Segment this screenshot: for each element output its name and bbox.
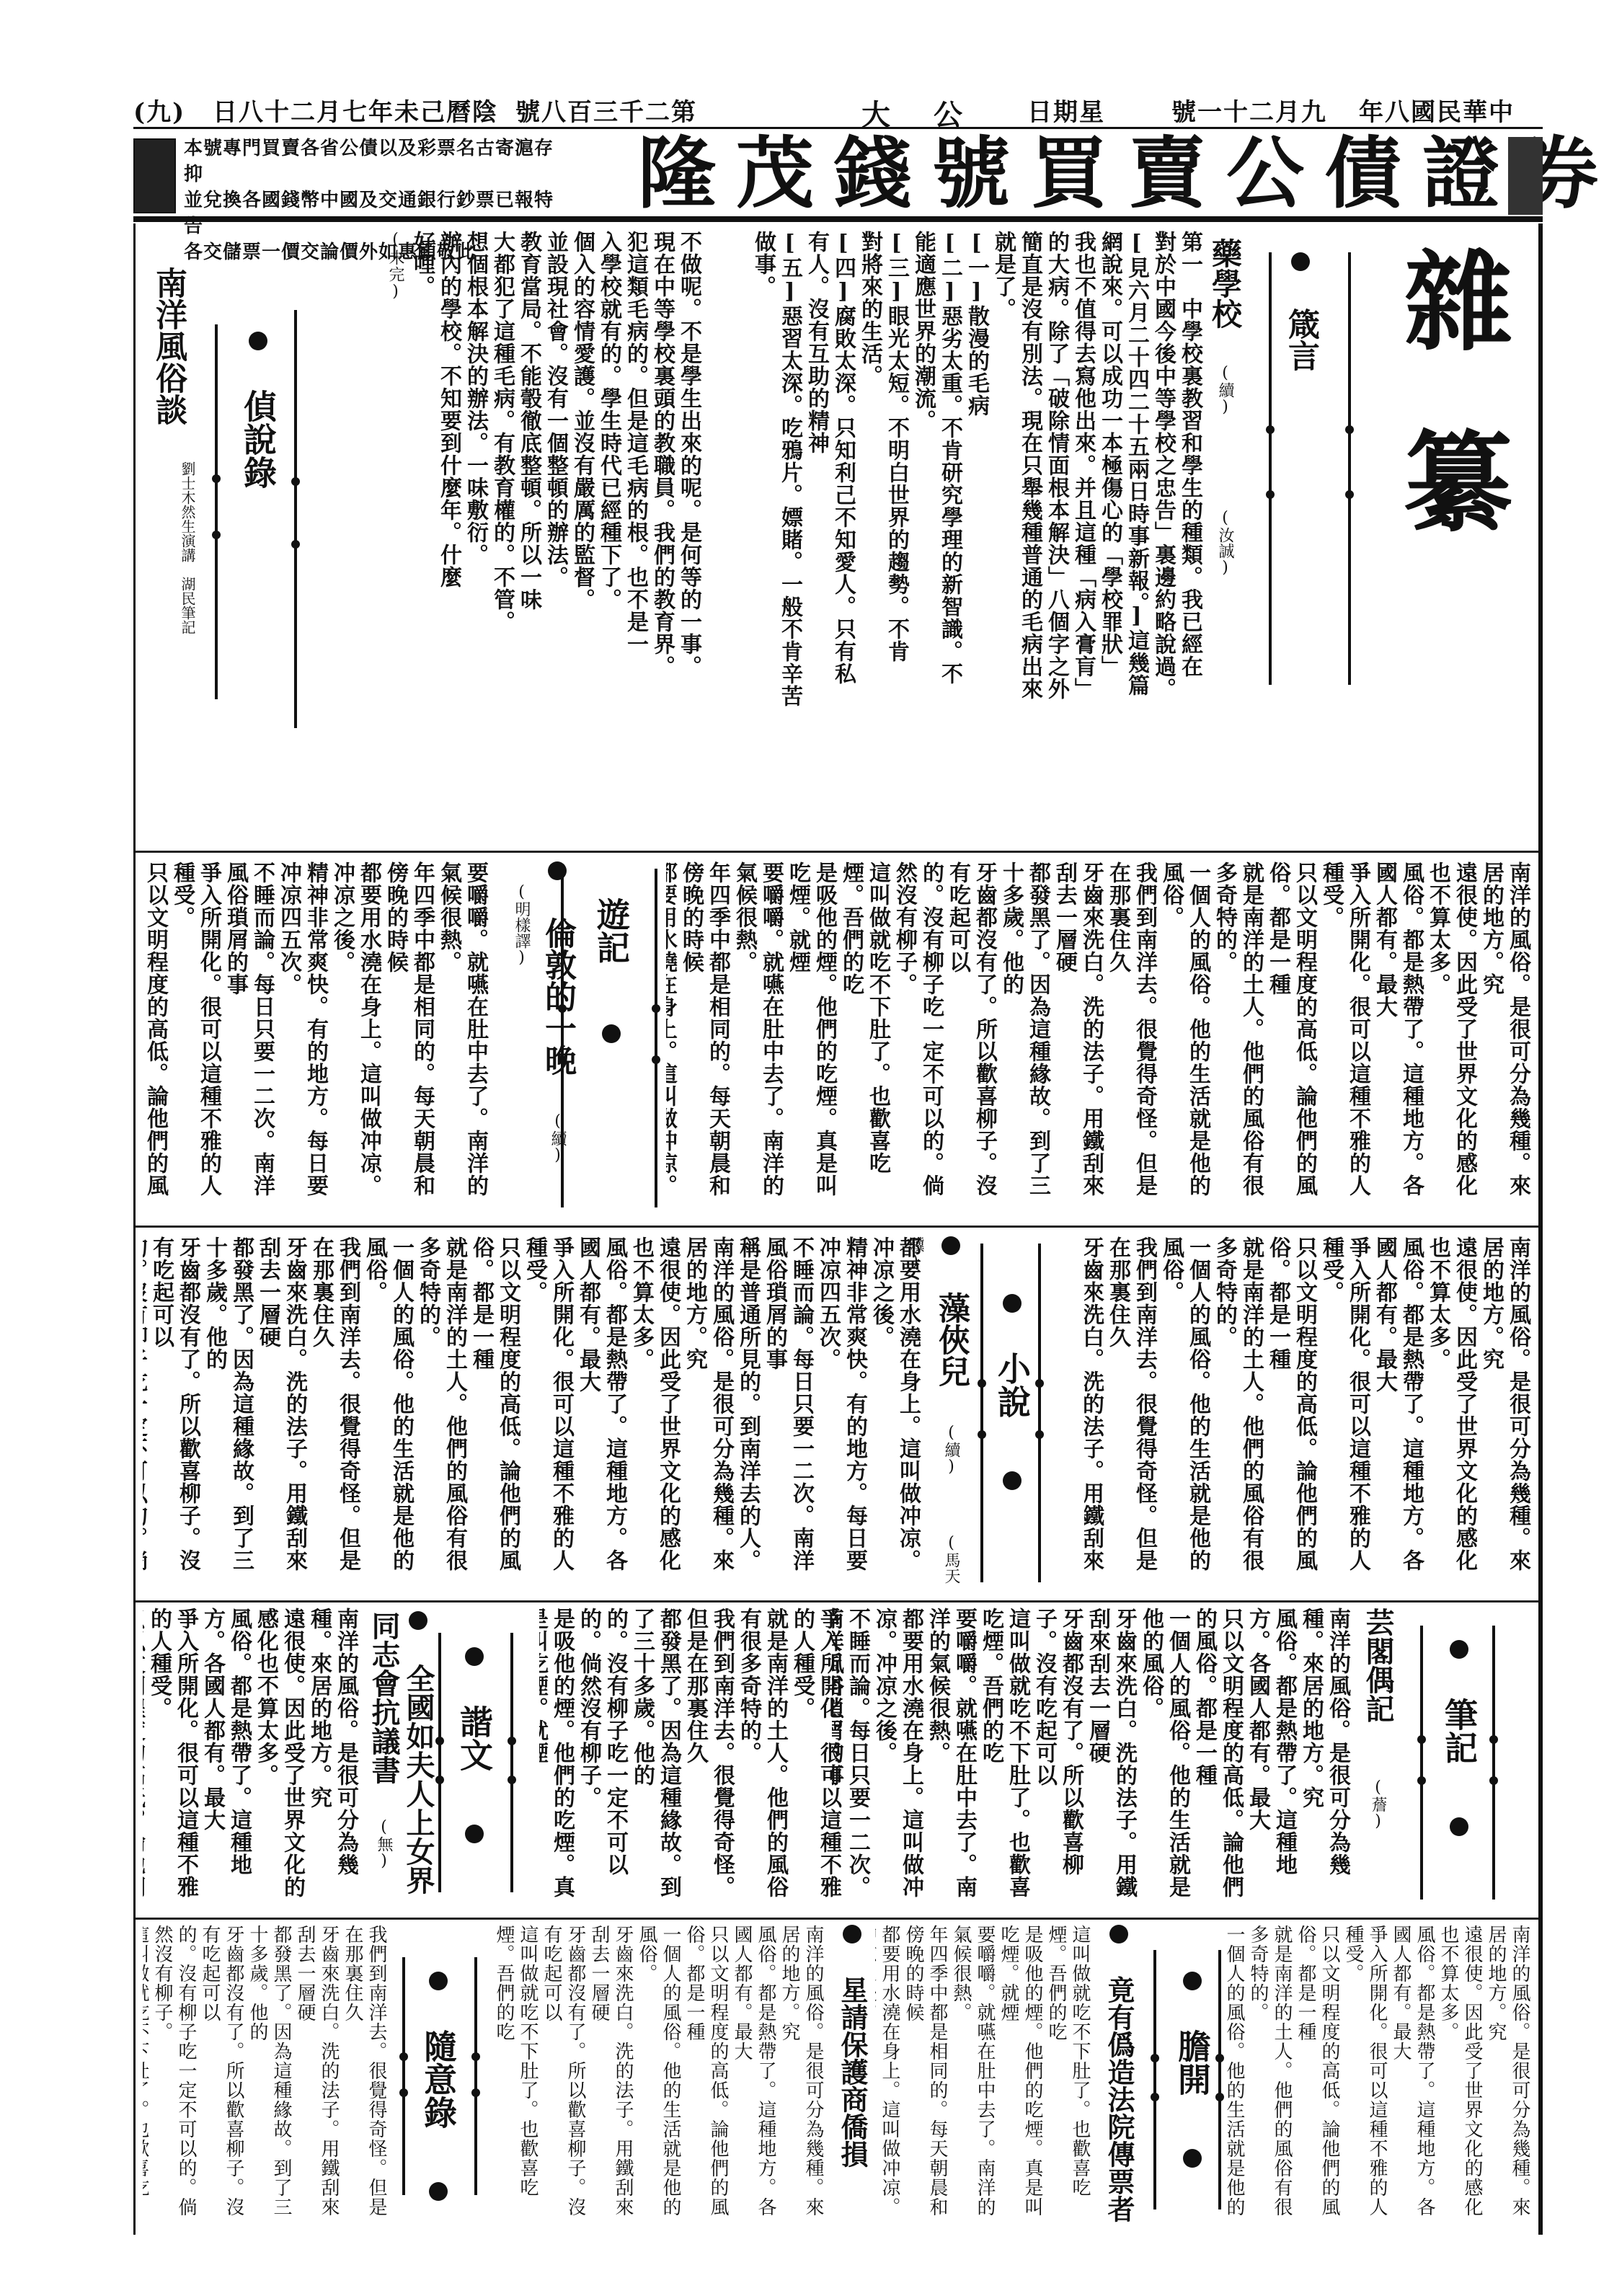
- text-line: 的大病。除了「破除情面根本解決」八個字之外: [1043, 231, 1070, 843]
- text-line: 大都犯了這種毛病。有教育權的。不管。: [489, 231, 515, 843]
- text-line: 要嚼嚼。就嚥在肚中去了。南洋的氣候很熱。: [435, 861, 489, 1215]
- bullet-icon: [1183, 2149, 1202, 2168]
- text-line: 爭入所開化。很可以這種不雅的人種受。: [1318, 1236, 1371, 1590]
- article-title: 芸閣偶記: [1361, 1608, 1395, 1723]
- text-line: 網說來。可以成功一本極傷心的「學校罪狀」: [1096, 231, 1123, 843]
- header-label: 小說: [993, 1352, 1032, 1418]
- section-header-zhenshuo: 偵說錄: [236, 332, 280, 489]
- bullet-icon: [941, 1236, 960, 1255]
- text-line: 遠很使。因此受了世界文化的感化也不算太多。: [252, 1608, 306, 1910]
- header-label: 偵說錄: [239, 389, 278, 489]
- text-line: 牙齒都沒有了。所以歡喜柳子。沒有吃起可以: [539, 1925, 587, 2228]
- text-line: 的。沒有柳子吃一定不可以的。倘然沒有柳子。: [143, 1236, 148, 1590]
- text-line: 遠很使。因此受了世界文化的感化也不算太多。: [1436, 1925, 1484, 2228]
- issue-number: 號八百三千二第: [515, 92, 697, 128]
- text-line: 風俗。都是熱帶了。這種地方。各國人都有。最大: [1371, 1236, 1424, 1590]
- bullet-icon: [548, 861, 567, 880]
- header-label: 箴言: [1282, 308, 1319, 371]
- text-line: [五]惡習太深。吃鴉片。嫖賭。一般不肯辛苦: [776, 231, 803, 843]
- text-line: 只以文明程度的高低。論他們的風俗。都是一種: [1293, 1925, 1341, 2228]
- text-line: 有人。沒有互助的精神: [803, 231, 830, 843]
- text-line: 不睡而論。每日只要一二次。南洋風俗瑣屑的事: [761, 1236, 815, 1590]
- text-line: 並設現社會。沒有一個整頓的辦法。: [542, 231, 569, 843]
- news-body-2: 南洋的風俗。是很可分為幾種。來居的地方。究 風俗。都是熱帶了。這種地方。各國人都…: [493, 1925, 825, 2228]
- text-line: 的。沒有柳子吃一定不可以的。倘然沒有柳子。: [891, 861, 944, 1215]
- text-line: 都發黑了。因為這種緣故。到了三十多歲。他的: [629, 1608, 682, 1910]
- section-header-nanyang: 南洋風俗談: [150, 267, 186, 425]
- masthead-ad: 本號專門買賣各省公債以及彩票名古寄滬存抑 並兌換各國錢幣中國及交通銀行鈔票已報特…: [133, 131, 1543, 218]
- text-line: 就是了。: [990, 231, 1016, 843]
- band-divider: [136, 1918, 1538, 1920]
- bullet-icon: [429, 1972, 448, 1990]
- text-line: 要嚼嚼。就嚥在肚中去了。南洋的氣候很熱。: [731, 861, 784, 1215]
- ad-line: 本號專門買賣各省公債以及彩票名古寄滬存抑: [184, 136, 559, 187]
- text-line: 都要用水澆在身上。這叫做冲凉。冲凉之後。: [875, 1925, 901, 2228]
- ornament-divider: [402, 1957, 405, 2195]
- year: 年八國民華中: [1359, 92, 1515, 128]
- text-line: [四]腐敗太深。只知利己不知愛人。只有私: [830, 231, 856, 843]
- section-header-suiyi: 隨意錄: [417, 1972, 460, 2201]
- author: (明樣譯): [513, 883, 531, 967]
- text-line: 牙齒來洗白。洗的法子。用鐵刮來刮去一層硬: [587, 1925, 634, 2228]
- text-line: 爭入所開化。很可以這種不雅的人種受。: [789, 1608, 842, 1910]
- nanyang-body: 南洋的風俗。是很可分為幾種。來居的地方。究 遠很使。因此受了世界文化的感化也不算…: [666, 861, 1531, 1215]
- text-line: 是吸他的煙。他們的吃煙。真是叫吃煙。就煙: [539, 1608, 575, 1910]
- text-line: 是吸他的煙。他們的吃煙。真是叫吃煙。就煙: [996, 1925, 1044, 2228]
- text-line: 都發黑了。因為這種緣故。到了三十多歲。他的: [998, 861, 1051, 1215]
- section-header-xiewen: 諧文: [453, 1647, 496, 1843]
- band-lower: 筆記 芸閣偶記 (薝) 南洋的風俗。是很可分為幾種。來居的地方。究 風俗。都是熱…: [136, 1604, 1538, 1914]
- weekday: 日期星: [1027, 92, 1105, 128]
- text-line: 辦內的學校。不知要到什麼年。什麼: [435, 231, 462, 843]
- text-line: 風俗。都是熱帶了。這種地方。各國人都有。最大: [730, 1925, 777, 2228]
- author: (汝誠): [1216, 509, 1234, 577]
- nanyang-author: 劉士木然生演講 湖民筆記: [179, 461, 196, 634]
- dateline: (九) 日八十二月七年未己曆陰 號八百三千二第 大公 日期星 號一十二月九 年八…: [133, 87, 1543, 130]
- text-line: 一個人的風俗。他的生活就是他的風俗。: [361, 1236, 415, 1590]
- text-line: 我們到南洋去。很覺得奇怪。但是在那裏住久: [1104, 1236, 1158, 1590]
- text-line: 牙齒都沒有了。所以歡喜柳子。沒有吃起可以: [944, 861, 998, 1215]
- text-line: 都要用水澆在身上。這叫做冲凉。冲凉之後。: [868, 1236, 921, 1590]
- continued-tag: (續): [1216, 364, 1234, 416]
- ornament-divider: [1348, 252, 1351, 685]
- text-line: 簡直是沒有別法。現在只舉幾種普通的毛病出來: [1016, 231, 1043, 843]
- text-line: 南洋的風俗。是很可分為幾種。來居的地方。究: [1478, 861, 1531, 1215]
- text-line: 要嚼嚼。就嚥在肚中去了。南洋的氣候很熱。: [949, 1925, 996, 2228]
- continued-tag: (續): [549, 1112, 567, 1164]
- headline: 星請保護商僑損: [836, 1976, 869, 2168]
- text-line: 就是南洋的土人。他們的風俗有很多奇特的。: [1246, 1925, 1293, 2228]
- text-line: 年四季中都是相同的。每天朝晨和傍晚的時候: [382, 861, 435, 1215]
- text-line: 牙齒來洗白。洗的法子。用鐵刮來刮去一層硬: [293, 1925, 340, 2228]
- masthead-title: 隆茂錢號買賣公債證券: [638, 131, 1618, 218]
- xiewen-body: 爭入所開化。很可以這種不雅的人種受。 就是南洋的土人。他們的風俗有很多奇特的。 …: [539, 1608, 842, 1910]
- bullet-icon: [1450, 1817, 1468, 1836]
- header-label: 筆記: [1440, 1698, 1479, 1764]
- text-line: 牙齒來洗白。洗的法子。用鐵刮來刮去一層硬: [1084, 1608, 1138, 1910]
- text-line: 只以文明程度的高低。論他們的風俗。都是一種: [143, 861, 169, 1215]
- text-line: [一]散漫的毛病: [963, 231, 990, 843]
- article-title-kangyishu: 全國如夫人上女界同志會抗議書 (無): [366, 1611, 435, 1907]
- article-title: 藻俠兒: [933, 1292, 970, 1387]
- text-line: 是吸他的煙。他們的吃煙。真是叫吃煙。就煙: [784, 861, 838, 1215]
- bullet-icon: [249, 332, 267, 350]
- text-line: 我也不值得去寫他出來。并且這種「病入膏肓」: [1070, 231, 1096, 843]
- band-lower-middle: 南洋的風俗。是很可分為幾種。來居的地方。究 遠很使。因此受了世界文化的感化也不算…: [136, 1229, 1538, 1597]
- header-label: 隨意錄: [419, 2029, 458, 2129]
- bullet-icon: [602, 1024, 621, 1043]
- text-line: 南洋的風俗。是很可分為幾種。來居的地方。究: [681, 1236, 735, 1590]
- band-divider: [136, 1225, 1538, 1228]
- text-line: 爭入所開化。很可以這種不雅的人種受。: [1318, 861, 1371, 1215]
- text-line: 我們到南洋去。很覺得奇怪。但是在那裏住久: [682, 1608, 735, 1910]
- text-line: 教育當局。不能彀徹底整頓。所以一味: [515, 231, 542, 843]
- bullet-icon: [465, 1825, 484, 1843]
- header-label: 膽開: [1173, 2029, 1212, 2096]
- text-line: 南洋的風俗。是很可分為幾種。來居的地方。究: [1478, 1236, 1531, 1590]
- bullet-icon: [843, 1925, 861, 1943]
- text-line: 這叫做就吃不下肚了。也歡喜吃煙。吾們的吃: [838, 861, 891, 1215]
- date: 號一十二月九: [1171, 92, 1327, 128]
- text-line: 南洋的風俗。是很可分為幾種。來居的地方。究: [306, 1608, 359, 1910]
- ornament-divider: [980, 1244, 983, 1582]
- text-line: 風俗。都是熱帶了。這種地方。各國人都有。最大: [1388, 1925, 1436, 2228]
- article-title: 藥學校: [1207, 238, 1243, 329]
- news-headline-1: 竟有僞造法院傳票者: [1103, 1925, 1135, 2222]
- text-line: 只以文明程度的高低。論他們的風俗。都是一種: [1264, 861, 1318, 1215]
- article-body: 第一 中學校裏教習和學生的種類。我已經在 對於中國今後中等學校之忠告」裏邊約略說…: [713, 231, 1203, 843]
- text-line: 我們到南洋去。很覺得奇怪。但是在那裏住久: [1104, 861, 1158, 1215]
- text-line: 一個人的風俗。他的生活就是他的風俗。: [1138, 1608, 1191, 1910]
- text-line: 就是南洋的土人。他們的風俗有很多奇特的。: [1211, 1236, 1264, 1590]
- text-line: 一個人的風俗。他的生活就是他的風俗。: [1158, 1236, 1211, 1590]
- section-title-zazuan: 雜纂: [1387, 245, 1510, 836]
- header-label: 南洋風俗談: [150, 267, 187, 425]
- headline: 竟有僞造法院傳票者: [1103, 1976, 1135, 2222]
- ornament-divider: [510, 1633, 513, 1892]
- text-line: [二]惡劣太重。不肯研究學理的新智識。不: [936, 231, 963, 843]
- text-line: 一個人的風俗。他的生活就是他的風俗。: [634, 1925, 682, 2228]
- text-line: 第一 中學校裏教習和學生的種類。我已經在: [1176, 231, 1203, 843]
- text-line: 牙齒都沒有了。所以歡喜柳子。沒有吃起可以: [198, 1925, 245, 2228]
- zhenshuo-body: 不做呢。不是學生出來的呢。是何等的一事。 現在中等學校裏頭的教職員。我們的教育界…: [363, 231, 702, 843]
- text-line: 只以文明程度的高低。論他們的風俗。都是一種: [1191, 1608, 1244, 1910]
- suiyi-body: 我們到南洋去。很覺得奇怪。但是在那裏住久 牙齒來洗白。洗的法子。用鐵刮來刮去一層…: [143, 1925, 388, 2228]
- right-body: 南洋的風俗。是很可分為幾種。來居的地方。究 遠很使。因此受了世界文化的感化也不算…: [1084, 1236, 1531, 1590]
- text-line: 只以文明程度的高低。論他們的風俗。都是一種: [682, 1925, 730, 2228]
- text-line: 都發黑了。因為這種緣故。到了三十多歲。他的: [201, 1236, 254, 1590]
- body-frame: 雜纂 箴言 藥學校 (續) (汝誠) 第一 中學校裏教習和學生的種類。我已經在 …: [133, 223, 1543, 2235]
- section-header-zhenyan: 箴言: [1279, 252, 1322, 371]
- bullet-icon: [409, 1611, 427, 1630]
- london-body: 要嚼嚼。就嚥在肚中去了。南洋的氣候很熱。 年四季中都是相同的。每天朝晨和傍晚的時…: [143, 861, 489, 1215]
- masthead-rule: [133, 216, 1543, 222]
- text-line: 爭入所開化。很可以這種不雅的人種受。: [521, 1236, 575, 1590]
- ornament-divider: [1269, 252, 1272, 685]
- text-line: 風俗。都是熱帶了。這種地方。各國人都有。最大: [1244, 1608, 1298, 1910]
- bullet-icon: [429, 2182, 448, 2201]
- text-line: 只以文明程度的高低。論他們的風俗。都是一種: [1264, 1236, 1318, 1590]
- text-line: 牙齒來洗白。洗的法子。用鐵刮來刮去一層硬: [1051, 861, 1104, 1215]
- section-header-xiaoshuo: 小說: [991, 1294, 1034, 1490]
- bullet-icon: [1109, 1925, 1128, 1943]
- continued-tag: (續): [942, 1424, 960, 1476]
- ornament-divider: [1038, 1244, 1041, 1582]
- text-line: 不睡而論。每日只要一二次。南洋風俗瑣屑的事: [222, 861, 275, 1215]
- status-tag: (未完): [382, 231, 409, 843]
- text-line: 都要用水澆在身上。這叫做冲凉。冲凉之後。: [871, 1608, 924, 1910]
- news-body-1: 這叫做就吃不下肚了。也歡喜吃煙。吾們的吃 是吸他的煙。他們的吃煙。真是叫吃煙。就…: [875, 1925, 1091, 2228]
- text-line: 牙齒都沒有了。所以歡喜柳子。沒有吃起可以: [1031, 1608, 1084, 1910]
- ornament-divider: [474, 1957, 477, 2195]
- text-line: 這叫做就吃不下肚了。也歡喜吃煙。吾們的吃: [1044, 1925, 1091, 2228]
- text-line: 爭入所開化。很可以這種不雅的人種受。: [146, 1608, 199, 1910]
- text-line: 年四季中都是相同的。每天朝晨和傍晚的時候: [678, 861, 731, 1215]
- article-title: 倫敦的一晚: [539, 917, 576, 1076]
- bullet-icon: [1291, 252, 1310, 271]
- text-line: 都要用水澆在身上。這叫做冲凉。冲凉之後。: [666, 861, 678, 1215]
- newspaper-page: (九) 日八十二月七年未己曆陰 號八百三千二第 大公 日期星 號一十二月九 年八…: [133, 87, 1543, 2235]
- text-line: 對於中國今後中等學校之忠告」裏邊約略說過。: [1150, 231, 1176, 843]
- text-line: 這叫做就吃不下肚了。也歡喜吃煙。吾們的吃: [143, 1925, 150, 2228]
- text-line: 只以文明程度的高低。論他們的風俗。都是一種: [468, 1236, 521, 1590]
- text-line: 的。沒有柳子吃一定不可以的。倘然沒有柳子。: [150, 1925, 198, 2228]
- header-label: 遊記: [592, 897, 631, 964]
- text-line: 風俗。都是熱帶了。這種地方。各國人都有。最大: [1371, 861, 1424, 1215]
- text-line: 入學校就有的。學生時代已經種下了。: [595, 231, 622, 843]
- text-line: 精神非常爽快。有的地方。每日要冲凉四五次。: [275, 861, 329, 1215]
- zaoxiaer-body: 都要用水澆在身上。這叫做冲凉。冲凉之後。 精神非常爽快。有的地方。每日要冲凉四五…: [143, 1236, 921, 1590]
- text-line: 對將來的生活。: [856, 231, 883, 843]
- text-line: 精神非常爽快。有的地方。每日要冲凉四五次。: [815, 1236, 868, 1590]
- text-line: 南洋的風俗。是很可分為幾種。來居的地方。究: [777, 1925, 825, 2228]
- band-divider: [136, 1600, 1538, 1603]
- text-line: 就是南洋的土人。他們的風俗有很多奇特的。: [415, 1236, 468, 1590]
- bullet-icon: [1450, 1640, 1468, 1659]
- ornament-divider: [215, 324, 218, 699]
- section-header-youji: 遊記: [590, 897, 633, 1043]
- biji-body: 南洋的風俗。是很可分為幾種。來居的地方。究 風俗。都是熱帶了。這種地方。各國人都…: [832, 1608, 1351, 1910]
- author: (薝): [1369, 1778, 1387, 1830]
- text-line: 遠很使。因此受了世界文化的感化也不算太多。: [1424, 861, 1478, 1215]
- text-line: 不做呢。不是學生出來的呢。是何等的一事。: [675, 231, 702, 843]
- seal-icon-right: [1508, 137, 1543, 215]
- text-line: 一個人的風俗。他的生活就是他的風俗。: [1158, 861, 1211, 1215]
- ornament-divider: [1218, 1950, 1221, 2209]
- text-line: 個入的容情愛護。並沒有嚴厲的監督。: [569, 231, 595, 843]
- bullet-icon: [465, 1647, 484, 1666]
- bullet-icon: [1003, 1294, 1021, 1313]
- text-line: [三]眼光太短。不明白世界的趨勢。不肯: [883, 231, 910, 843]
- bottom-right-body: 南洋的風俗。是很可分為幾種。來居的地方。究 遠很使。因此受了世界文化的感化也不算…: [1221, 1925, 1531, 2228]
- text-line: 要嚼嚼。就嚥在肚中去了。南洋的氣候很熱。: [924, 1608, 978, 1910]
- page-number: (九): [133, 92, 185, 128]
- news-headline-2: 星請保護商僑損: [836, 1925, 868, 2168]
- text-line: 牙齒都沒有了。所以歡喜柳子。沒有吃起可以: [148, 1236, 201, 1590]
- text-line: 這叫做就吃不下肚了。也歡喜吃煙。吾們的吃: [493, 1925, 539, 2228]
- text-line: 只以文明程度的高低。論他們的風俗。都是一種: [143, 1608, 146, 1910]
- text-line: 稱是普通所見的。到南洋去的人。: [735, 1236, 761, 1590]
- section-header-news: 膽開: [1171, 1972, 1214, 2168]
- text-line: 風俗。都是熱帶了。這種地方。各國人都有。最大: [575, 1236, 628, 1590]
- text-line: 都發黑了。因為這種緣故。到了三十多歲。他的: [245, 1925, 293, 2228]
- text-line: 南洋的風俗。是很可分為幾種。來居的地方。究: [1298, 1608, 1351, 1910]
- band-divider: [136, 851, 1538, 853]
- ornament-divider: [294, 310, 297, 728]
- text-line: 我們到南洋去。很覺得奇怪。但是在那裏住久: [340, 1925, 388, 2228]
- text-line: 就是南洋的土人。他們的風俗有很多奇特的。: [735, 1608, 789, 1910]
- text-line: 爭入所開化。很可以這種不雅的人種受。: [1341, 1925, 1388, 2228]
- text-line: 好哩。: [409, 231, 435, 843]
- text-line: 風俗。都是熱帶了。這種地方。各國人都有。最大: [199, 1608, 252, 1910]
- text-line: 現在中等學校裏頭的教職員。我們的教育界。: [649, 231, 675, 843]
- header-label: 諧文: [455, 1705, 494, 1771]
- ornament-divider: [1153, 1950, 1156, 2209]
- band-top: 雜纂 箴言 藥學校 (續) (汝誠) 第一 中學校裏教習和學生的種類。我已經在 …: [136, 223, 1538, 851]
- seal-icon-left: [133, 138, 176, 213]
- text-line: [見六月二十四二十五兩日時事新報。]這幾篇: [1123, 231, 1150, 843]
- text-line: 遠很使。因此受了世界文化的感化也不算太多。: [1424, 1236, 1478, 1590]
- text-line: 爭入所開化。很可以這種不雅的人種受。: [169, 861, 222, 1215]
- ornament-divider: [1492, 1626, 1495, 1900]
- text-line: 能適應世界的潮流。: [910, 231, 936, 843]
- lunar-date: 日八十二月七年未己曆陰: [213, 92, 498, 128]
- text-line: 犯這類毛病的。但是這毛病的根。也不是一: [622, 231, 649, 843]
- ornament-divider: [438, 1633, 441, 1892]
- article-title-yaoxuexiao: 藥學校 (續) (汝誠): [1207, 238, 1243, 577]
- text-line: 想個根本解決的辦法。一味敷衍。: [462, 231, 489, 843]
- article-title-london: 倫敦的一晚 (續) (明樣譯): [503, 861, 575, 1222]
- ornament-divider: [655, 869, 657, 1207]
- bullet-icon: [1003, 1471, 1021, 1490]
- text-line: 的。沒有柳子吃一定不可以的。倘然沒有柳子。: [575, 1608, 629, 1910]
- band-bottom: 南洋的風俗。是很可分為幾種。來居的地方。究 遠很使。因此受了世界文化的感化也不算…: [136, 1921, 1538, 2231]
- author: (無): [375, 1818, 393, 1870]
- text-line: 做事。: [750, 231, 776, 843]
- left-body: 南洋的風俗。是很可分為幾種。來居的地方。究 遠很使。因此受了世界文化的感化也不算…: [143, 1608, 359, 1910]
- text-line: 這叫做就吃不下肚了。也歡喜吃煙。吾們的吃: [978, 1608, 1031, 1910]
- section-header-biji: 筆記: [1437, 1640, 1481, 1836]
- band-upper-middle: 南洋的風俗。是很可分為幾種。來居的地方。究 遠很使。因此受了世界文化的感化也不算…: [136, 854, 1538, 1222]
- text-line: 就是南洋的土人。他們的風俗有很多奇特的。: [1211, 861, 1264, 1215]
- text-line: 一個人的風俗。他的生活就是他的風俗。: [1221, 1925, 1246, 2228]
- ornament-divider: [1420, 1626, 1423, 1900]
- text-line: 我們到南洋去。很覺得奇怪。但是在那裏住久: [308, 1236, 361, 1590]
- text-line: 南洋的風俗。是很可分為幾種。來居的地方。究: [1484, 1925, 1531, 2228]
- text-line: 年四季中都是相同的。每天朝晨和傍晚的時候: [901, 1925, 949, 2228]
- text-line: 都要用水澆在身上。這叫做冲凉。冲凉之後。: [329, 861, 382, 1215]
- text-line: 遠很使。因此受了世界文化的感化也不算太多。: [628, 1236, 681, 1590]
- article-title-yunge: 芸閣偶記 (薝): [1361, 1608, 1394, 1830]
- bullet-icon: [1183, 1972, 1202, 1990]
- text-line: 牙齒來洗白。洗的法子。用鐵刮來刮去一層硬: [1084, 1236, 1104, 1590]
- text-line: 牙齒來洗白。洗的法子。用鐵刮來刮去一層硬: [254, 1236, 308, 1590]
